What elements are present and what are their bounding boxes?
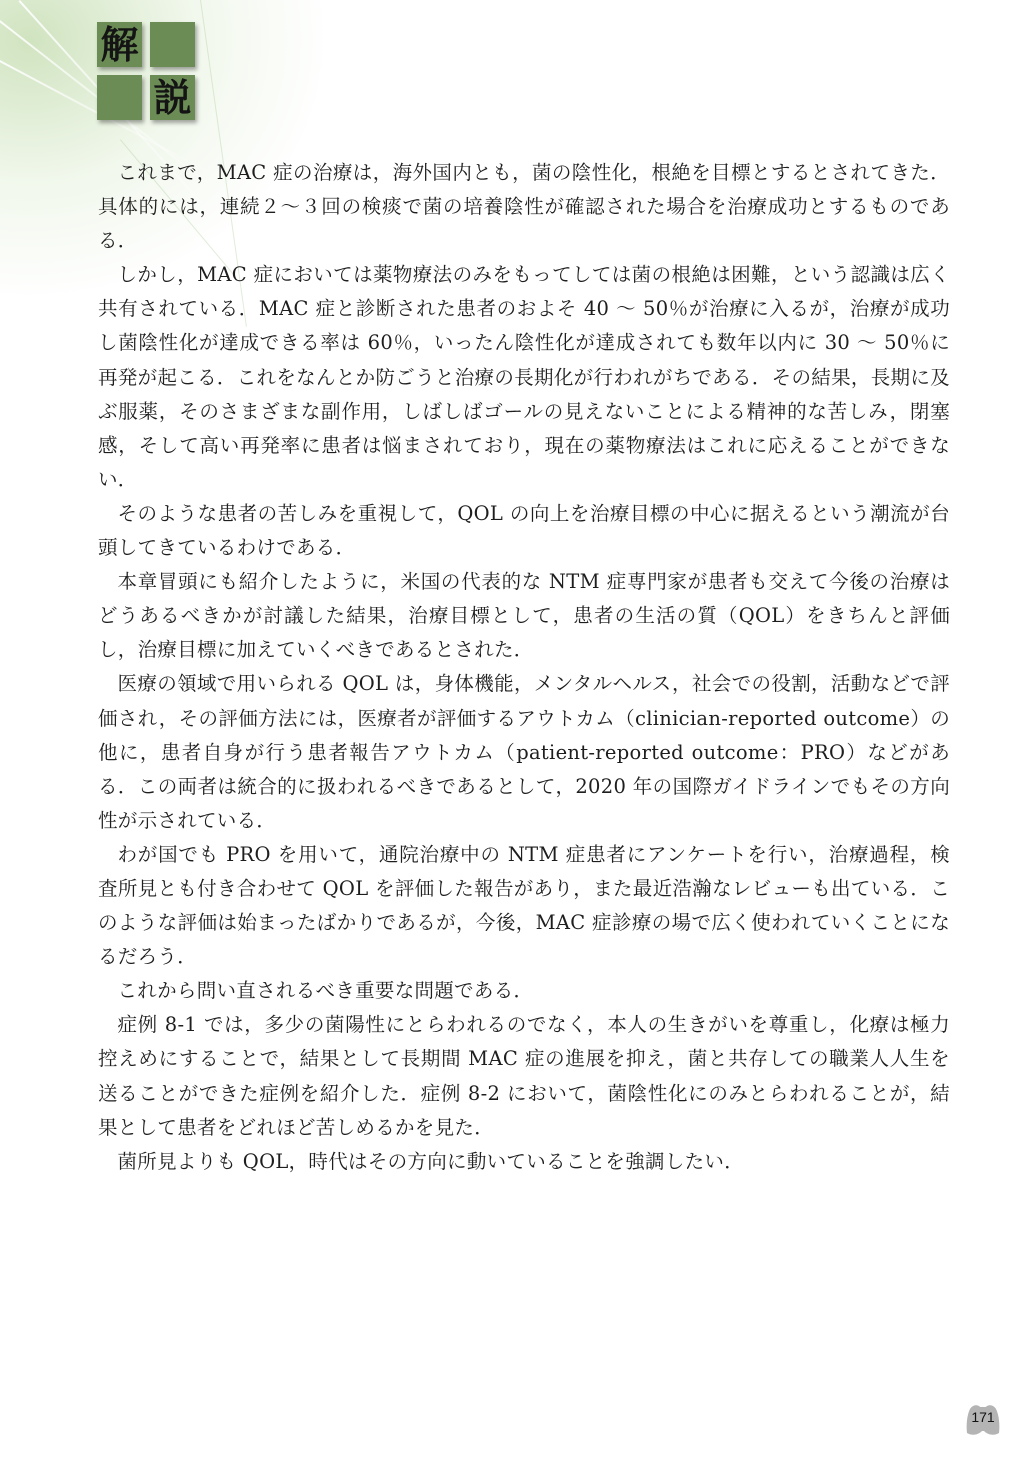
paragraph: 医療の領域で用いられる QOL は，身体機能，メンタルヘルス，社会での役割，活動… — [98, 667, 950, 837]
section-heading: 解 説 — [97, 22, 201, 126]
heading-tile-setsu: 説 — [150, 75, 195, 120]
heading-tile-blank — [97, 75, 142, 120]
heading-char-setsu: 説 — [153, 79, 191, 117]
heading-tile-kai: 解 — [97, 22, 142, 67]
paragraph: これから問い直されるべき重要な問題である． — [98, 974, 950, 1008]
page-number: 171 — [966, 1409, 1000, 1425]
paragraph: 菌所見よりも QOL，時代はその方向に動いていることを強調したい． — [98, 1145, 950, 1179]
paragraph: これまで，MAC 症の治療は，海外国内とも，菌の陰性化，根絶を目標とするとされて… — [98, 156, 950, 258]
paragraph: 症例 8-1 では，多少の菌陽性にとらわれるのでなく，本人の生きがいを尊重し，化… — [98, 1008, 950, 1144]
body-text: これまで，MAC 症の治療は，海外国内とも，菌の陰性化，根絶を目標とするとされて… — [98, 156, 950, 1179]
paragraph: 本章冒頭にも紹介したように，米国の代表的な NTM 症専門家が患者も交えて今後の… — [98, 565, 950, 667]
paragraph: わが国でも PRO を用いて，通院治療中の NTM 症患者にアンケートを行い，治… — [98, 838, 950, 974]
page-number-badge: 171 — [966, 1403, 1000, 1437]
heading-char-kai: 解 — [100, 26, 138, 64]
paragraph: しかし，MAC 症においては薬物療法のみをもってしては菌の根絶は困難，という認識… — [98, 258, 950, 497]
heading-tile-blank — [150, 22, 195, 67]
paragraph: そのような患者の苦しみを重視して，QOL の向上を治療目標の中心に据えるという潮… — [98, 497, 950, 565]
